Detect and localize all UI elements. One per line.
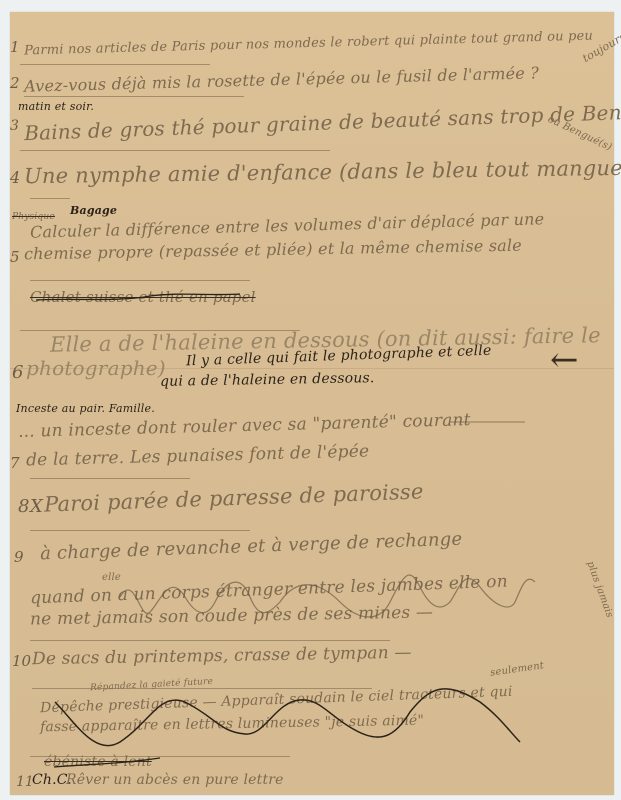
item-7-text-line2: de la terre. Les punaises font de l'épée: [26, 442, 370, 471]
divider: [30, 280, 250, 281]
item-8-text: Paroi parée de paresse de paroisse: [44, 479, 424, 516]
item-3-insertion: matin et soir.: [18, 100, 94, 113]
item-3-text: Bains de gros thé pour graine de beauté …: [24, 99, 621, 145]
item-10-text-line3: fasse apparaître en lettres lumineuses "…: [40, 713, 424, 736]
item-number-5: 5: [10, 248, 20, 266]
manuscript-page: 1 Parmi nos articles de Paris pour nos m…: [10, 12, 614, 795]
item-2-text: Avez-vous déjà mis la rosette de l'épée …: [24, 63, 539, 95]
item-1-text: Parmi nos articles de Paris pour nos mon…: [24, 29, 593, 59]
divider: [32, 688, 372, 689]
x-mark-icon: X: [30, 496, 43, 517]
item-number-8: 8: [18, 496, 29, 517]
divider: [24, 96, 244, 97]
item-9-text-line1: à charge de revanche et à verge de recha…: [40, 529, 463, 565]
item-number-6: 6: [12, 362, 23, 383]
item-number-4: 4: [10, 168, 20, 187]
item-7-insertion: Inceste au pair. Famille.: [16, 402, 155, 415]
item-number-1: 1: [10, 38, 20, 56]
item-number-9: 9: [14, 548, 24, 566]
item-10-insertion: Répandez la gaieté future: [90, 677, 213, 693]
item-9-insertion: elle: [102, 572, 121, 583]
divider: [30, 640, 390, 641]
item-6-revision-line2: qui a de l'haleine en dessous.: [160, 370, 375, 390]
item-number-7: 7: [10, 454, 20, 472]
item-10-text: De sacs du printemps, crasse de tympan —: [32, 643, 412, 670]
divider: [20, 150, 330, 151]
item-6-text-line2: photographe): [26, 356, 166, 380]
item-number-3: 3: [10, 118, 19, 134]
divider: [30, 478, 190, 479]
divider: [30, 530, 250, 531]
item-10-insertion2: seulement: [489, 660, 544, 678]
item-9-margin-note: plus jamais: [584, 560, 615, 620]
item-number-2: 2: [10, 74, 20, 92]
item-number-10: 10: [12, 652, 31, 670]
divider: [20, 64, 210, 65]
item-5-insertion: Bagage: [70, 204, 117, 217]
arrow-left-icon: ←: [550, 340, 579, 380]
divider: [30, 198, 70, 199]
item-11-text: Rêver un abcès en pure lettre: [66, 772, 284, 788]
item-10-struck-line: ébéniste à lent: [44, 754, 152, 770]
struck-line: Chalet suisse et thé en papel: [30, 288, 256, 306]
item-5-struck-prefix: Physique: [12, 212, 55, 222]
item-9-text-line3: ne met jamais son coude près de ses mine…: [30, 602, 433, 629]
item-4-text: Une nymphe amie d'enfance (dans le bleu …: [24, 156, 621, 188]
